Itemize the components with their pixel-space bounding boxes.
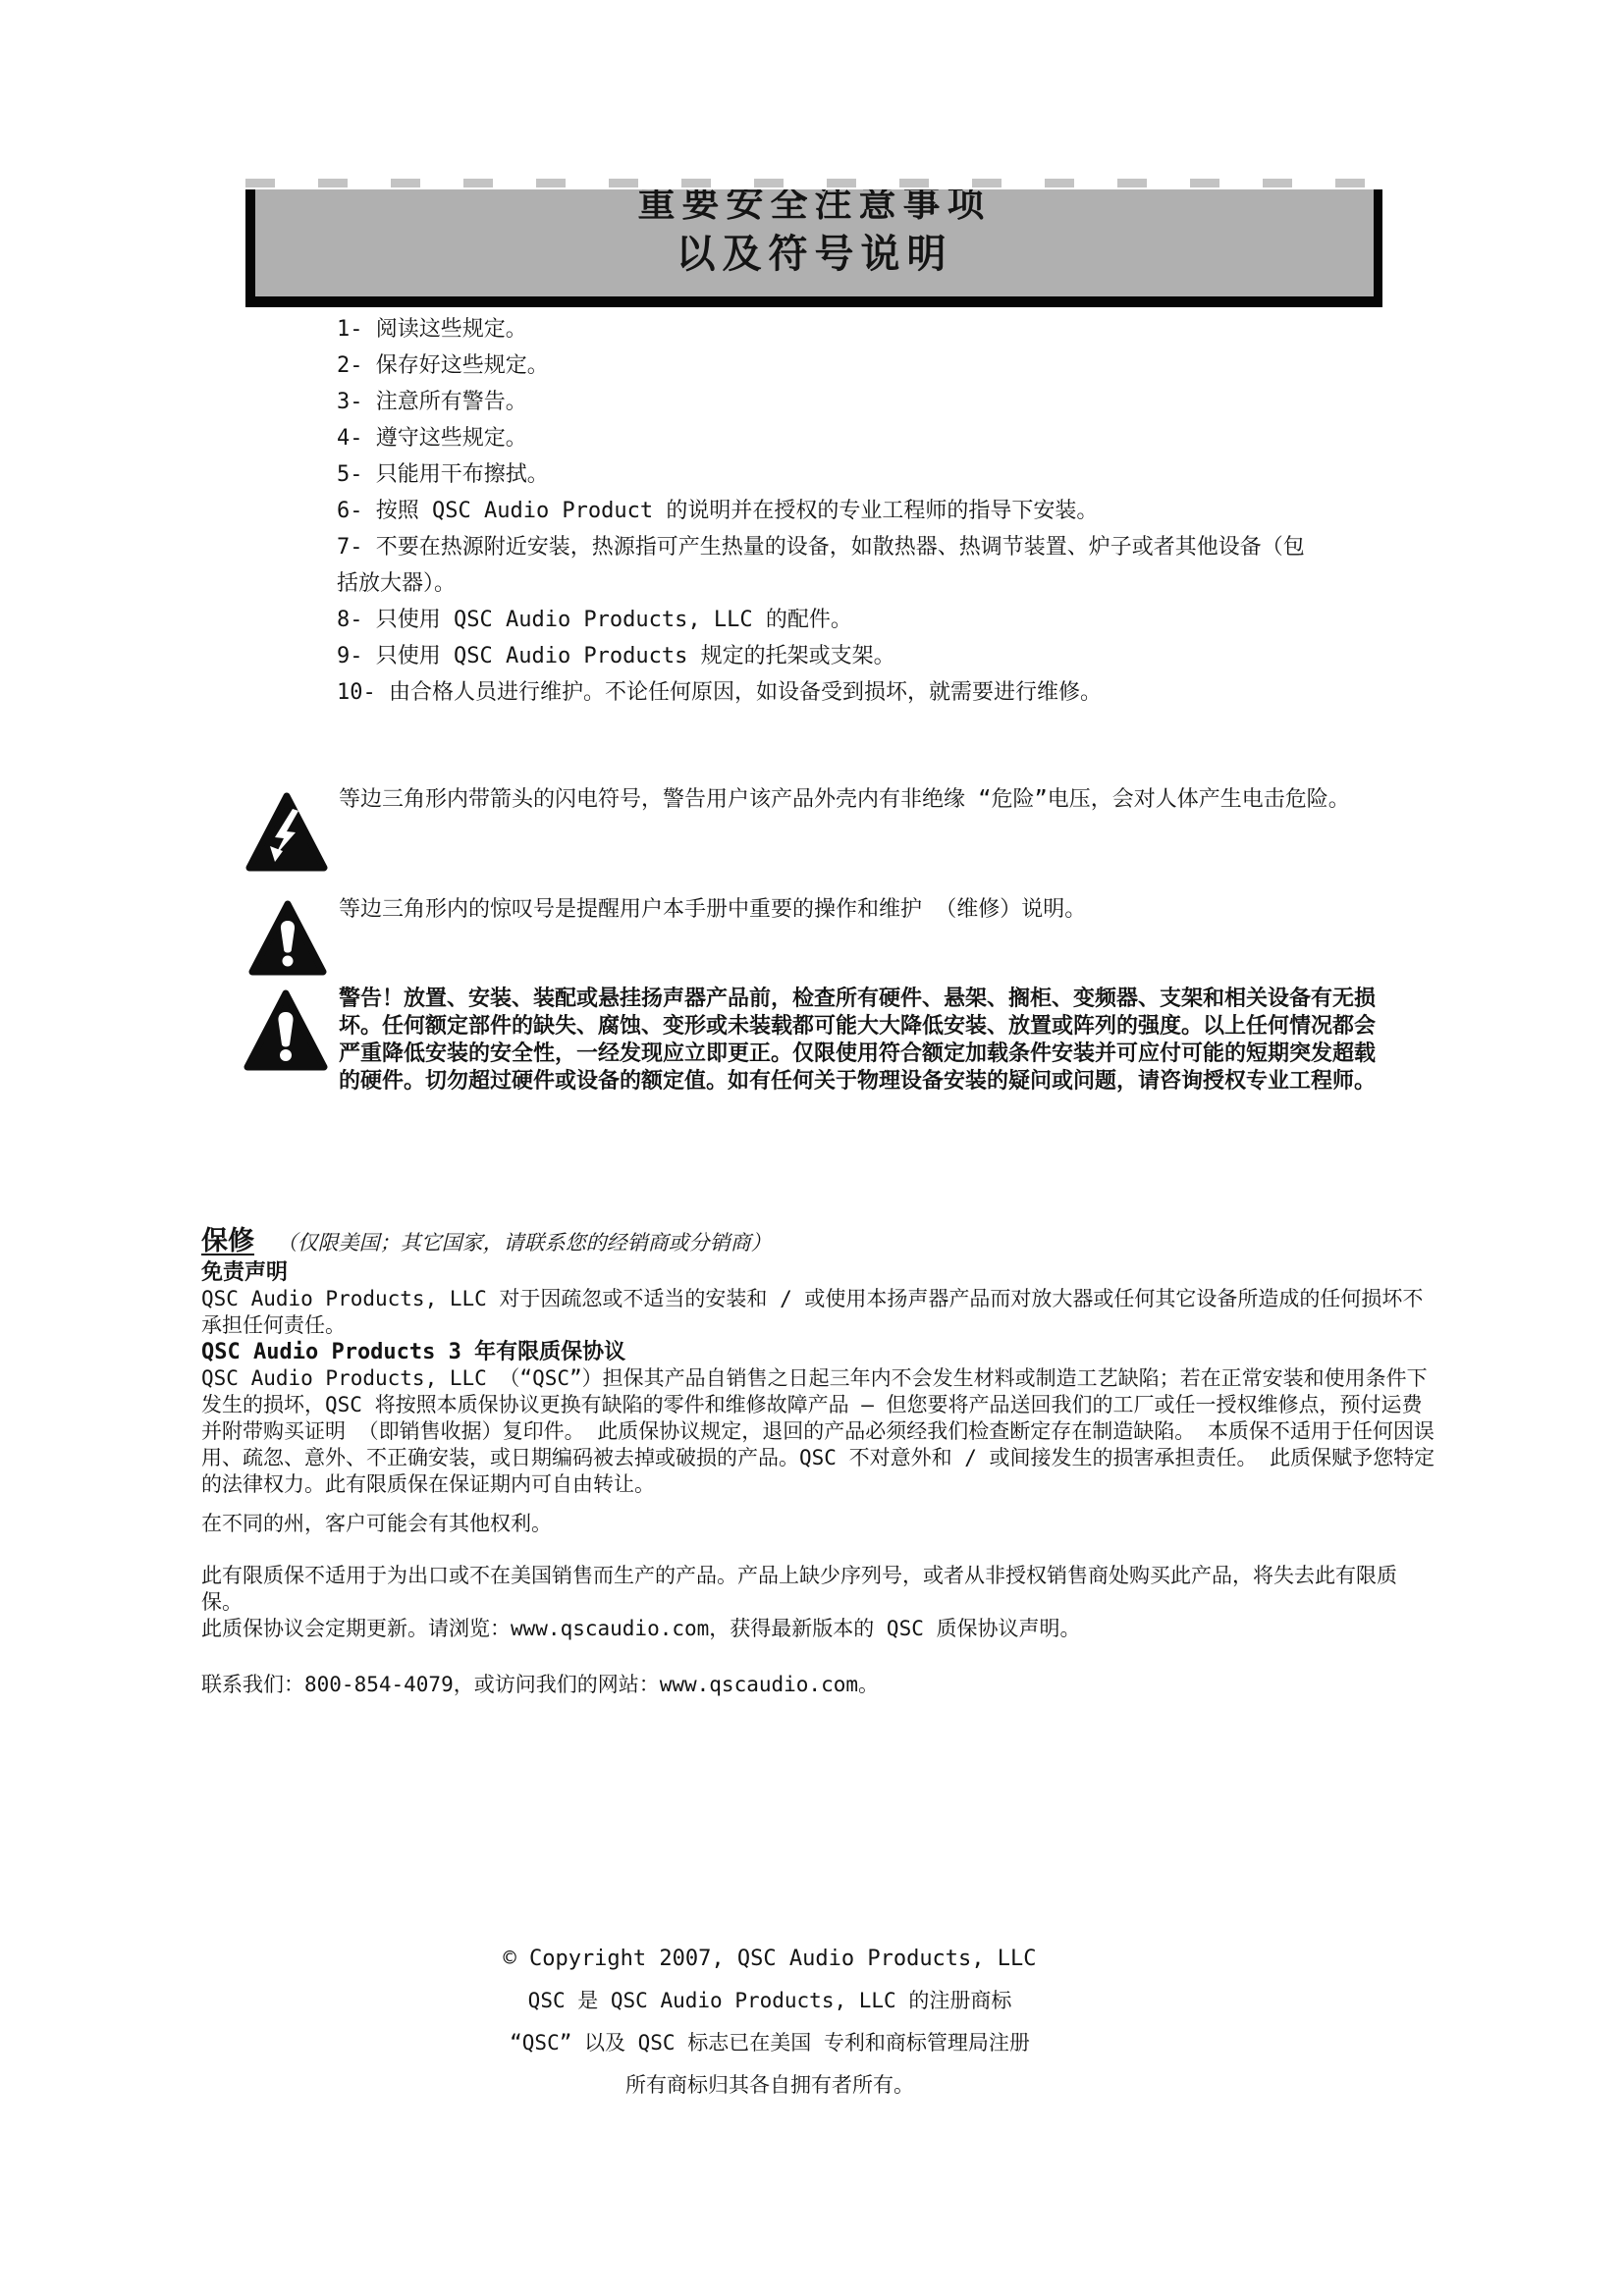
warranty-heading-line: 保修 （仅限美国；其它国家，请联系您的经销商或分销商） [201,1228,1436,1256]
ownership-line: 所有商标归其各自拥有者所有。 [181,2064,1359,2107]
list-item: 10- 由合格人员进行维护。不论任何原因，如设备受到损坏，就需要进行维修。 [337,674,1309,711]
copyright-footer: © Copyright 2007, QSC Audio Products, LL… [181,1938,1359,2107]
list-item: 9- 只使用 QSC Audio Products 规定的托架或支架。 [337,638,1309,674]
exclamation-triangle-icon [244,988,328,1076]
scan-artifact-dashes [245,179,1382,187]
exclamation-triangle-icon [248,899,327,980]
warning-text: 警告！放置、安装、装配或悬挂扬声器产品前，检查所有硬件、悬架、搁柜、变频器、支架… [339,986,1381,1095]
page-subtitle: 以及符号说明 [255,226,1374,283]
list-item: 7- 不要在热源附近安装，热源指可产生热量的设备，如散热器、热调节装置、炉子或者… [337,529,1309,602]
document-page: 重要安全注意事项 以及符号说明 1- 阅读这些规定。 2- 保存好这些规定。 3… [0,0,1624,2296]
export-exclusion-paragraph: 此有限质保不适用于为出口或不在美国销售而生产的产品。产品上缺少序列号，或者从非授… [201,1563,1436,1616]
list-item: 5- 只能用干布擦拭。 [337,456,1309,493]
warranty-section: 保修 （仅限美国；其它国家，请联系您的经销商或分销商） 免责声明 QSC Aud… [201,1228,1436,1698]
warranty-heading: 保修 [201,1226,254,1256]
warranty-heading-note: （仅限美国；其它国家，请联系您的经销商或分销商） [277,1231,772,1255]
registration-line: “QSC” 以及 QSC 标志已在美国 专利和商标管理局注册 [181,2022,1359,2064]
warranty-update-line: 此质保协议会定期更新。请浏览：www.qscaudio.com，获得最新版本的 … [201,1616,1436,1642]
warning-text: 等边三角形内的惊叹号是提醒用户本手册中重要的操作和维护 （维修）说明。 [339,896,1429,924]
warning-text: 等边三角形内带箭头的闪电符号，警告用户该产品外壳内有非绝缘 “危险”电压，会对人… [339,786,1429,814]
limited-warranty-heading: QSC Audio Products 3 年有限质保协议 [201,1339,1436,1365]
page-title: 重要安全注意事项 [255,189,1374,226]
list-item: 6- 按照 QSC Audio Product 的说明并在授权的专业工程师的指导… [337,493,1309,529]
contact-line: 联系我们：800-854-4079，或访问我们的网站：www.qscaudio.… [201,1672,1436,1698]
list-item: 1- 阅读这些规定。 [337,311,1309,347]
list-item: 2- 保存好这些规定。 [337,347,1309,384]
disclaimer-heading: 免责声明 [201,1259,1436,1286]
safety-title-box: 重要安全注意事项 以及符号说明 [245,189,1382,307]
disclaimer-paragraph: QSC Audio Products, LLC 对于因疏忽或不适当的安装和 / … [201,1286,1436,1339]
list-item: 8- 只使用 QSC Audio Products, LLC 的配件。 [337,602,1309,638]
limited-warranty-paragraph: QSC Audio Products, LLC （“QSC”）担保其产品自销售之… [201,1365,1436,1498]
safety-instructions-list: 1- 阅读这些规定。 2- 保存好这些规定。 3- 注意所有警告。 4- 遵守这… [337,311,1309,711]
copyright-line: © Copyright 2007, QSC Audio Products, LL… [181,1938,1359,1980]
list-item: 3- 注意所有警告。 [337,384,1309,420]
state-rights-paragraph: 在不同的州，客户可能会有其他权利。 [201,1511,1436,1537]
lightning-triangle-icon [245,791,328,876]
list-item: 4- 遵守这些规定。 [337,420,1309,456]
trademark-line: QSC 是 QSC Audio Products, LLC 的注册商标 [181,1980,1359,2022]
